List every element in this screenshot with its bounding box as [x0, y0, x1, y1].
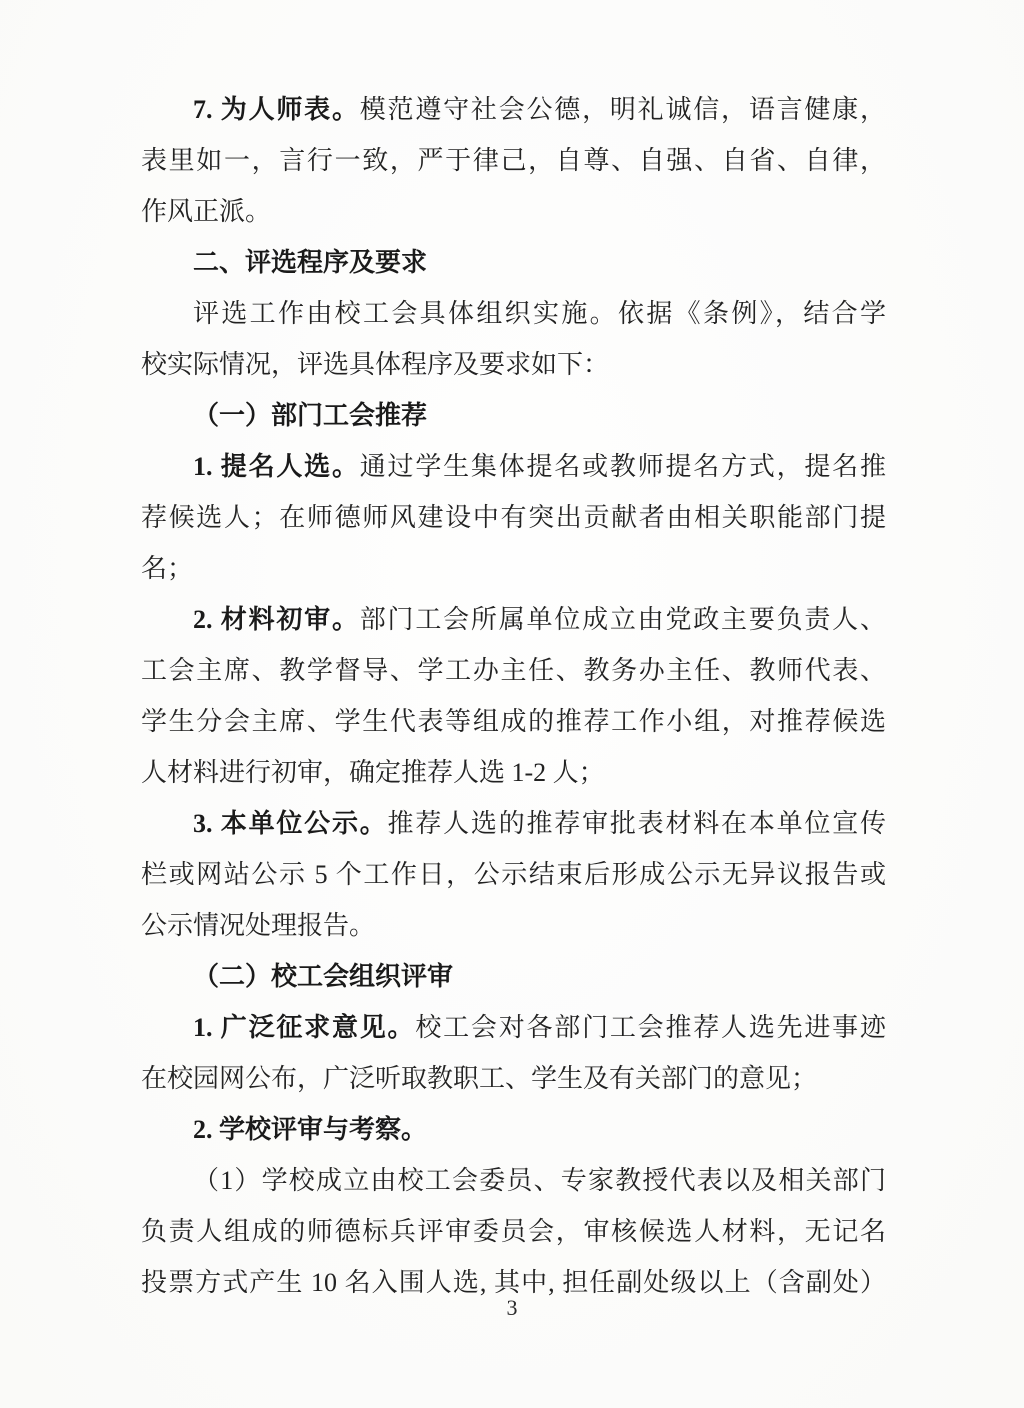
text-line: 校实际情况，评选具体程序及要求如下： — [141, 339, 886, 390]
text-run: 工会主席、教学督导、学工办主任、教务办主任、教师代表、 — [141, 656, 886, 685]
document-page: 7. 为人师表。模范遵守社会公德，明礼诚信，语言健康，表里如一，言行一致，严于律… — [0, 0, 1024, 1408]
text-line: 1. 提名人选。通过学生集体提名或教师提名方式，提名推 — [141, 441, 886, 492]
text-line: 栏或网站公示 5 个工作日，公示结束后形成公示无异议报告或 — [141, 849, 886, 900]
text-run: 通过学生集体提名或教师提名方式，提名推 — [360, 452, 886, 481]
text-run: 荐候选人；在师德师风建设中有突出贡献者由相关职能部门提 — [141, 503, 886, 532]
text-line: 荐候选人；在师德师风建设中有突出贡献者由相关职能部门提 — [141, 492, 886, 543]
text-run-bold: 二、评选程序及要求 — [193, 248, 427, 277]
text-run: 模范遵守社会公德，明礼诚信，语言健康， — [360, 95, 886, 124]
text-run: 名； — [141, 554, 193, 583]
text-line: 人材料进行初审，确定推荐人选 1-2 人； — [141, 747, 886, 798]
text-line: 工会主席、教学督导、学工办主任、教务办主任、教师代表、 — [141, 645, 886, 696]
text-run-bold: 1. 提名人选。 — [193, 452, 360, 481]
text-run: 部门工会所属单位成立由党政主要负责人、 — [360, 605, 886, 634]
text-run-bold: 2. 材料初审。 — [193, 605, 360, 634]
text-run-bold: 3. 本单位公示。 — [193, 809, 388, 838]
text-run: 在校园网公布，广泛听取教职工、学生及有关部门的意见； — [141, 1064, 817, 1093]
text-line: （一）部门工会推荐 — [141, 390, 886, 441]
text-run: （1）学校成立由校工会委员、专家教授代表以及相关部门 — [193, 1166, 886, 1195]
text-line: 2. 学校评审与考察。 — [141, 1104, 886, 1155]
text-line: 作风正派。 — [141, 186, 886, 237]
page-number: 3 — [0, 1293, 1024, 1323]
text-run: 校实际情况，评选具体程序及要求如下： — [141, 350, 609, 379]
text-run: 推荐人选的推荐审批表材料在本单位宣传 — [388, 809, 886, 838]
text-run: 栏或网站公示 5 个工作日，公示结束后形成公示无异议报告或 — [141, 860, 886, 889]
text-run-bold: 1. 广泛征求意见。 — [193, 1013, 415, 1042]
text-run: 作风正派。 — [141, 197, 271, 226]
text-line: 评选工作由校工会具体组织实施。依据《条例》，结合学 — [141, 288, 886, 339]
text-run: 人材料进行初审，确定推荐人选 1-2 人； — [141, 758, 605, 787]
text-line: 1. 广泛征求意见。校工会对各部门工会推荐人选先进事迹 — [141, 1002, 886, 1053]
text-line: （二）校工会组织评审 — [141, 951, 886, 1002]
text-run: 学生分会主席、学生代表等组成的推荐工作小组，对推荐候选 — [141, 707, 886, 736]
text-run-bold: （二）校工会组织评审 — [193, 962, 453, 991]
text-run: 表里如一，言行一致，严于律己，自尊、自强、自省、自律， — [141, 146, 886, 175]
text-line: 负责人组成的师德标兵评审委员会，审核候选人材料，无记名 — [141, 1206, 886, 1257]
text-run: 公示情况处理报告。 — [141, 911, 375, 940]
text-line: 二、评选程序及要求 — [141, 237, 886, 288]
text-line: （1）学校成立由校工会委员、专家教授代表以及相关部门 — [141, 1155, 886, 1206]
text-line: 在校园网公布，广泛听取教职工、学生及有关部门的意见； — [141, 1053, 886, 1104]
text-line: 公示情况处理报告。 — [141, 900, 886, 951]
text-run-bold: 2. 学校评审与考察。 — [193, 1115, 427, 1144]
text-run-bold: （一）部门工会推荐 — [193, 401, 427, 430]
text-run: 评选工作由校工会具体组织实施。依据《条例》，结合学 — [193, 299, 886, 328]
document-body: 7. 为人师表。模范遵守社会公德，明礼诚信，语言健康，表里如一，言行一致，严于律… — [141, 84, 886, 1308]
text-run-bold: 7. 为人师表。 — [193, 95, 360, 124]
text-line: 2. 材料初审。部门工会所属单位成立由党政主要负责人、 — [141, 594, 886, 645]
text-line: 名； — [141, 543, 886, 594]
text-line: 表里如一，言行一致，严于律己，自尊、自强、自省、自律， — [141, 135, 886, 186]
text-run: 校工会对各部门工会推荐人选先进事迹 — [415, 1013, 886, 1042]
text-line: 3. 本单位公示。推荐人选的推荐审批表材料在本单位宣传 — [141, 798, 886, 849]
text-line: 7. 为人师表。模范遵守社会公德，明礼诚信，语言健康， — [141, 84, 886, 135]
text-line: 学生分会主席、学生代表等组成的推荐工作小组，对推荐候选 — [141, 696, 886, 747]
text-run: 负责人组成的师德标兵评审委员会，审核候选人材料，无记名 — [141, 1217, 886, 1246]
